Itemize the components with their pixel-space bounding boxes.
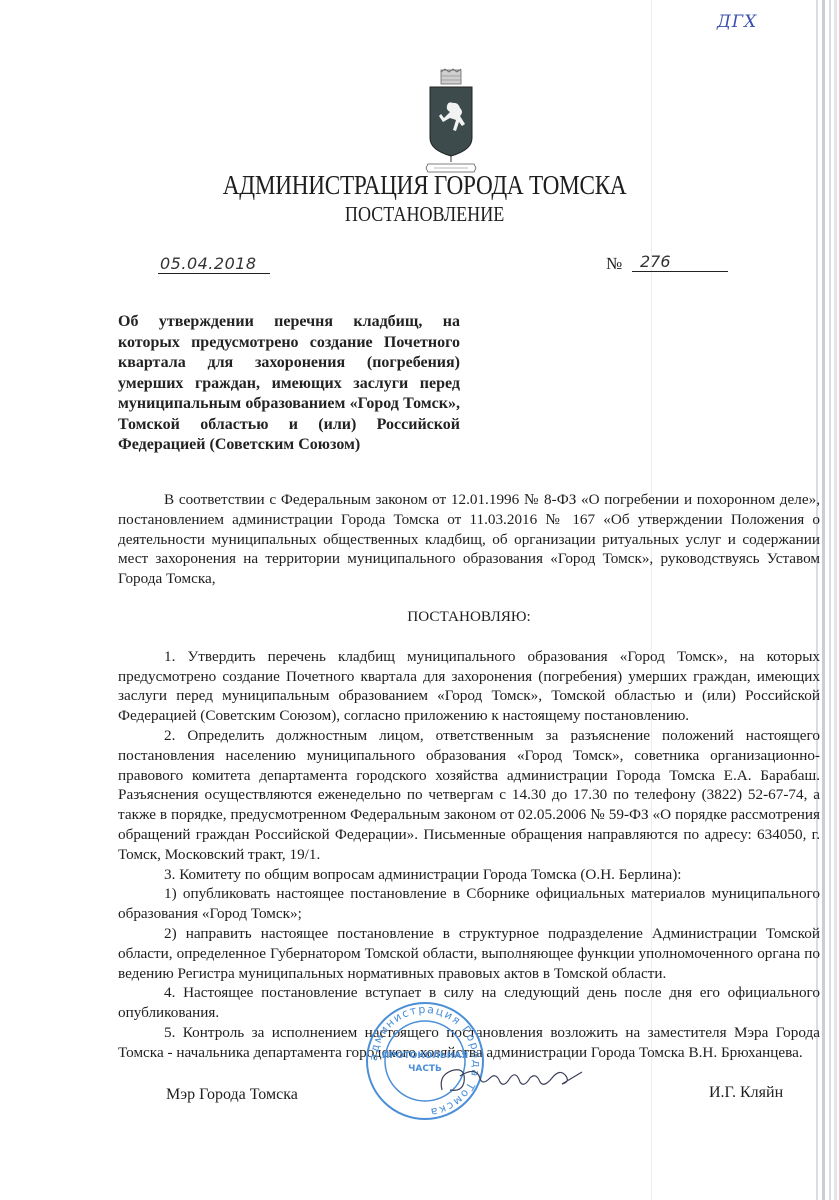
document-number: 276 (632, 252, 728, 272)
organization-title: АДМИНИСТРАЦИЯ ГОРОДА ТОМСКА (64, 170, 786, 201)
handwritten-signature-icon (436, 1060, 586, 1100)
tomsk-coat-of-arms-icon (420, 68, 482, 178)
number-label: № (606, 254, 622, 274)
scan-edge-line (834, 0, 837, 1200)
document-type: ПОСТАНОВЛЕНИЕ (64, 202, 786, 227)
scan-edge-line (829, 0, 831, 1200)
resolve-heading: ПОСТАНОВЛЯЮ: (118, 607, 820, 627)
document-subject: Об утверждении перечня кладбищ, на котор… (118, 312, 460, 456)
paragraph-2: 2. Определить должностным лицом, ответст… (118, 726, 820, 865)
signatory-name: И.Г. Кляйн (709, 1084, 783, 1102)
signatory-role: Мэр Города Томска (166, 1086, 298, 1104)
paragraph-1: 1. Утвердить перечень кладбищ муниципаль… (118, 647, 820, 726)
paragraph-3: 3. Комитету по общим вопросам администра… (118, 865, 820, 885)
paragraph-3-2: 2) направить настоящее постановление в с… (118, 924, 820, 983)
paragraph-3-1: 1) опубликовать настоящее постановление … (118, 884, 820, 924)
document-date: 05.04.2018 (158, 254, 270, 274)
preamble: В соответствии с Федеральным законом от … (118, 490, 820, 589)
scan-edge-line (822, 0, 825, 1200)
handwritten-note: ДГХ (717, 12, 757, 32)
document-body: В соответствии с Федеральным законом от … (118, 490, 820, 1063)
